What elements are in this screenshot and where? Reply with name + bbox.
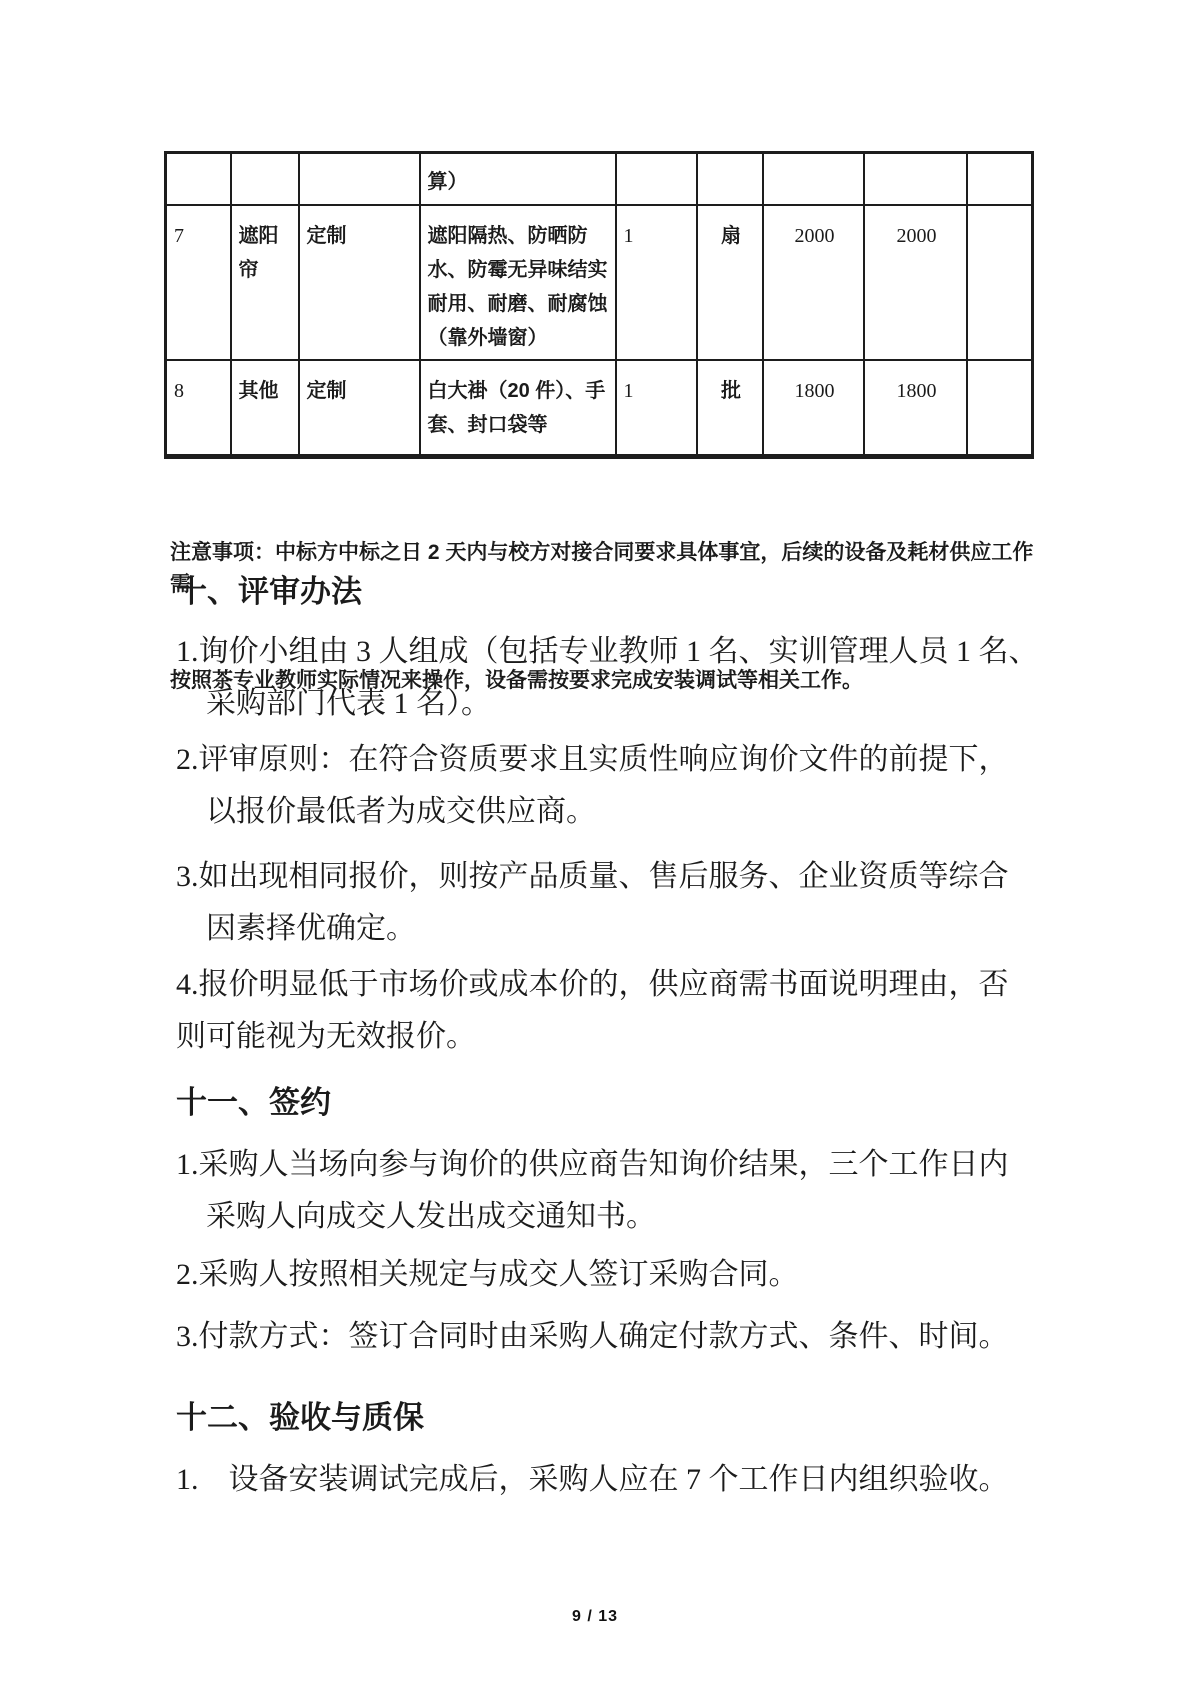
cell-qty: 1 [616,205,697,360]
document-body: 十、评审办法 1.询价小组由 3 人组成（包括专业教师 1 名、实训管理人员 1… [176,560,1056,1506]
spec-line: 套、封口袋等 [428,408,611,442]
cell-procurement-type: 定制 [299,205,420,360]
spec-line: （靠外墙窗） [428,321,611,355]
item-line: 1.询价小组由 3 人组成（包括专业教师 1 名、实训管理人员 1 名、 [176,626,1056,678]
section-heading-evaluation: 十、评审办法 [176,573,1056,611]
table-row-continuation: 算） [166,153,1033,205]
cell-seq: 7 [166,205,231,360]
table-row-7: 7 遮阳帘 定制 遮阳隔热、防晒防 水、防霉无异味结实 耐用、耐磨、耐腐蚀 （靠… [166,205,1033,360]
item-line: 4.报价明显低于市场价或成本价的，供应商需书面说明理由，否 [176,959,1056,1011]
spec-line: 白大褂（20 件）、手 [428,374,611,408]
item-line: 以报价最低者为成交供应商。 [176,786,1056,838]
table-row-8: 8 其他 定制 白大褂（20 件）、手 套、封口袋等 1 批 1800 1800 [166,360,1033,457]
cell-remark [967,205,1033,360]
cell-total [864,153,967,205]
list-item: 4.报价明显低于市场价或成本价的，供应商需书面说明理由，否 则可能视为无效报价。 [176,959,1056,1063]
cell-qty: 1 [616,360,697,457]
item-line: 2.采购人按照相关规定与成交人签订采购合同。 [176,1249,1056,1301]
cell-unit [697,153,763,205]
list-item: 3.如出现相同报价，则按产品质量、售后服务、企业资质等综合 因素择优确定。 [176,851,1056,955]
item-line: 2.评审原则：在符合资质要求且实质性响应询价文件的前提下， [176,734,1056,786]
cell-spec: 白大褂（20 件）、手 套、封口袋等 [420,360,616,457]
cell-spec: 遮阳隔热、防晒防 水、防霉无异味结实 耐用、耐磨、耐腐蚀 （靠外墙窗） [420,205,616,360]
section-heading-acceptance: 十二、验收与质保 [176,1399,1056,1437]
cell-unit: 扇 [697,205,763,360]
item-line: 因素择优确定。 [176,903,1056,955]
cell-procurement-type [299,153,420,205]
cell-seq [166,153,231,205]
spec-line: 遮阳隔热、防晒防 [428,219,611,253]
section-heading-signing: 十一、签约 [176,1084,1056,1122]
cell-seq: 8 [166,360,231,457]
item-line: 1.采购人当场向参与询价的供应商告知询价结果，三个工作日内 [176,1139,1056,1191]
list-item: 2.采购人按照相关规定与成交人签订采购合同。 [176,1249,1056,1301]
spec-line: 水、防霉无异味结实 [428,253,611,287]
cell-item-name: 其他 [231,360,299,457]
items-table: 算） 7 遮阳帘 定制 遮阳隔热、防晒防 水、防霉无异味结实 耐用、耐磨、耐腐蚀… [164,151,1034,459]
list-item: 2.评审原则：在符合资质要求且实质性响应询价文件的前提下， 以报价最低者为成交供… [176,734,1056,838]
list-item: 1.采购人当场向参与询价的供应商告知询价结果，三个工作日内 采购人向成交人发出成… [176,1139,1056,1243]
cell-spec: 算） [420,153,616,205]
cell-procurement-type: 定制 [299,360,420,457]
item-line: 采购部门代表 1 名）。 [176,678,1056,730]
spec-line: 耐用、耐磨、耐腐蚀 [428,287,611,321]
item-line: 采购人向成交人发出成交通知书。 [176,1191,1056,1243]
cell-unit-price: 2000 [763,205,864,360]
cell-unit-price [763,153,864,205]
cell-item-name: 遮阳帘 [231,205,299,360]
cell-remark [967,153,1033,205]
cell-remark [967,360,1033,457]
list-item: 1. 设备安装调试完成后，采购人应在 7 个工作日内组织验收。 [176,1454,1056,1506]
item-line: 1. 设备安装调试完成后，采购人应在 7 个工作日内组织验收。 [176,1454,1056,1506]
cell-total: 2000 [864,205,967,360]
item-line: 3.付款方式：签订合同时由采购人确定付款方式、条件、时间。 [176,1311,1056,1363]
item-line: 3.如出现相同报价，则按产品质量、售后服务、企业资质等综合 [176,851,1056,903]
list-item: 1.询价小组由 3 人组成（包括专业教师 1 名、实训管理人员 1 名、 采购部… [176,626,1056,730]
page-number: 9 / 13 [0,1608,1190,1626]
cell-unit-price: 1800 [763,360,864,457]
cell-item-name [231,153,299,205]
cell-qty [616,153,697,205]
item-line: 则可能视为无效报价。 [176,1011,1056,1063]
document-page: 算） 7 遮阳帘 定制 遮阳隔热、防晒防 水、防霉无异味结实 耐用、耐磨、耐腐蚀… [0,0,1190,1684]
spec-line: 算） [428,165,611,199]
cell-total: 1800 [864,360,967,457]
list-item: 3.付款方式：签订合同时由采购人确定付款方式、条件、时间。 [176,1311,1056,1363]
cell-unit: 批 [697,360,763,457]
